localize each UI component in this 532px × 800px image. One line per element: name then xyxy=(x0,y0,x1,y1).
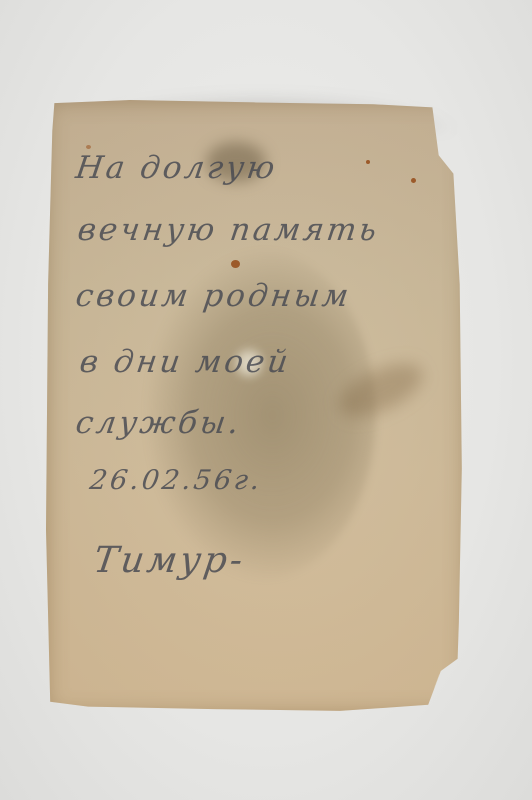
inscription-date: 26.02.56г. xyxy=(88,465,265,496)
inscription-line-1: На долгую xyxy=(73,150,279,186)
rust-spot xyxy=(411,178,416,183)
inscription-line-5: службы. xyxy=(73,405,243,441)
photo-card-back: На долгую вечную память своим родным в д… xyxy=(46,100,466,714)
rust-spot xyxy=(231,260,240,268)
rust-spot xyxy=(366,160,370,164)
inscription-signature: Тимур- xyxy=(91,540,248,581)
inscription-line-3: своим родным xyxy=(73,278,353,314)
inscription-line-4: в дни моей xyxy=(77,344,293,380)
rust-spot xyxy=(86,145,91,149)
inscription-line-2: вечную память xyxy=(75,212,381,248)
